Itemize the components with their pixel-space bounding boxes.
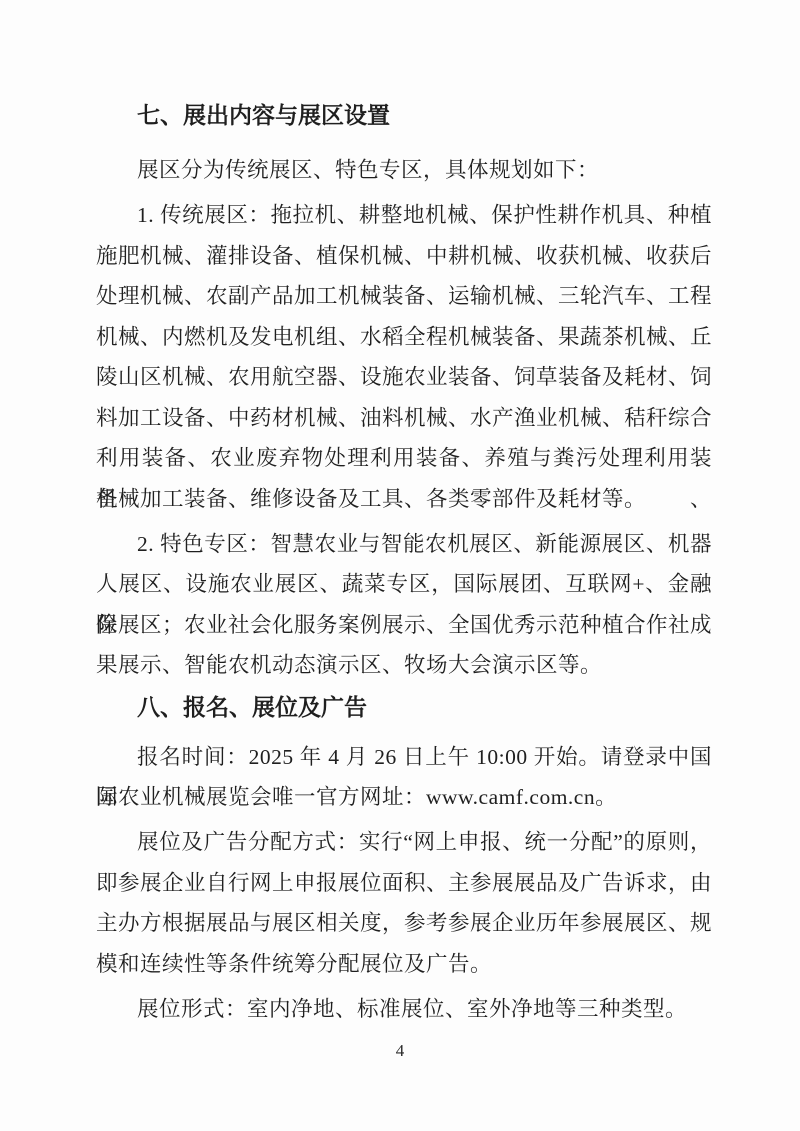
- traditional-zones-line: 陵山区机械、农用航空器、设施农业装备、饲草装备及耗材、饲: [96, 357, 712, 398]
- intro-line: 展区分为传统展区、特色专区，具体规划如下：: [96, 150, 712, 191]
- traditional-zones-line: 1. 传统展区：拖拉机、耕整地机械、保护性耕作机具、种植: [96, 195, 712, 236]
- traditional-zones-line: 施肥机械、灌排设备、植保机械、中耕机械、收获机械、收获后: [96, 236, 712, 277]
- section-8-heading: 八、报名、展位及广告: [96, 692, 712, 722]
- special-zones-line: 2. 特色专区：智慧农业与智能农机展区、新能源展区、机器: [96, 524, 712, 565]
- document-page: 七、展出内容与展区设置 展区分为传统展区、特色专区，具体规划如下： 1. 传统展…: [0, 0, 800, 1131]
- traditional-zones-line: 机械加工装备、维修设备及工具、各类零部件及耗材等。: [96, 479, 712, 520]
- registration-line: 际农业机械展览会唯一官方网址：www.camf.com.cn。: [96, 777, 712, 818]
- booth-type-paragraph: 展位形式：室内净地、标准展位、室外净地等三种类型。: [96, 989, 712, 1030]
- booth-type-line: 展位形式：室内净地、标准展位、室外净地等三种类型。: [96, 989, 712, 1030]
- special-zones-line: 险展区；农业社会化服务案例展示、全国优秀示范种植合作社成: [96, 605, 712, 646]
- section-7-intro-paragraph: 展区分为传统展区、特色专区，具体规划如下：: [96, 150, 712, 191]
- allocation-paragraph: 展位及广告分配方式：实行“网上申报、统一分配”的原则， 即参展企业自行网上申报展…: [96, 822, 712, 984]
- traditional-zones-line: 利用装备、农业废弃物处理利用装备、养殖与粪污处理利用装备、: [96, 438, 712, 479]
- allocation-line: 模和连续性等条件统筹分配展位及广告。: [96, 944, 712, 985]
- document-content: 七、展出内容与展区设置 展区分为传统展区、特色专区，具体规划如下： 1. 传统展…: [96, 100, 712, 1029]
- page-number: 4: [0, 1040, 800, 1062]
- traditional-zones-line: 处理机械、农副产品加工机械装备、运输机械、三轮汽车、工程: [96, 276, 712, 317]
- allocation-line: 即参展企业自行网上申报展位面积、主参展展品及广告诉求，由: [96, 863, 712, 904]
- traditional-zones-paragraph: 1. 传统展区：拖拉机、耕整地机械、保护性耕作机具、种植 施肥机械、灌排设备、植…: [96, 195, 712, 519]
- special-zones-line: 人展区、设施农业展区、蔬菜专区，国际展团、互联网+、金融保: [96, 564, 712, 605]
- special-zones-line: 果展示、智能农机动态演示区、牧场大会演示区等。: [96, 645, 712, 686]
- registration-paragraph: 报名时间：2025 年 4 月 26 日上午 10:00 开始。请登录中国国 际…: [96, 737, 712, 818]
- special-zones-paragraph: 2. 特色专区：智慧农业与智能农机展区、新能源展区、机器 人展区、设施农业展区、…: [96, 524, 712, 686]
- allocation-line: 主办方根据展品与展区相关度，参考参展企业历年参展展区、规: [96, 903, 712, 944]
- allocation-line: 展位及广告分配方式：实行“网上申报、统一分配”的原则，: [96, 822, 712, 863]
- traditional-zones-line: 机械、内燃机及发电机组、水稻全程机械装备、果蔬茶机械、丘: [96, 317, 712, 358]
- traditional-zones-line: 料加工设备、中药材机械、油料机械、水产渔业机械、秸秆综合: [96, 398, 712, 439]
- registration-line: 报名时间：2025 年 4 月 26 日上午 10:00 开始。请登录中国国: [96, 737, 712, 778]
- section-7-heading: 七、展出内容与展区设置: [96, 100, 712, 130]
